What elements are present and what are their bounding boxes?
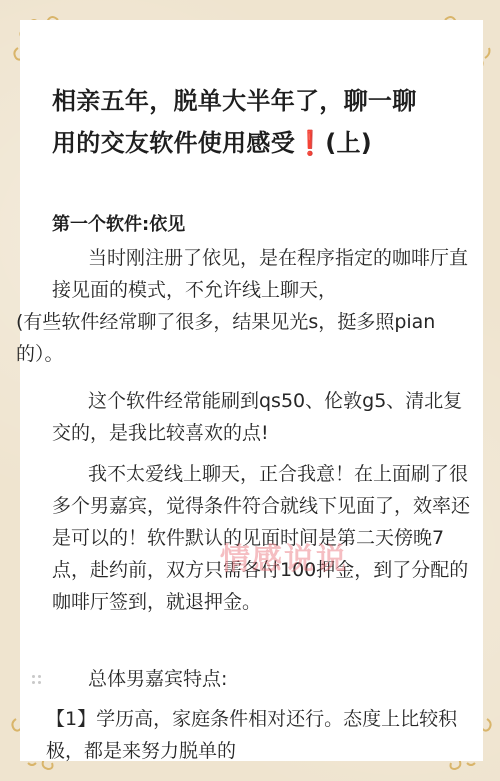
title-part-label: (上) <box>325 129 372 157</box>
section-heading: 第一个软件:依见 <box>52 210 185 236</box>
paragraph-1-aside: (有些软件经常聊了很多，结果见光s，挺多照pian的）。 <box>16 306 477 370</box>
paragraph-5: 【1】学历高，家庭条件相对还行。态度上比较积极，都是来努力脱单的 <box>46 703 471 767</box>
article-title: 相亲五年，脱单大半年了，聊一聊 用的交友软件使用感受❗(上) <box>52 80 472 164</box>
title-line-1: 相亲五年，脱单大半年了，聊一聊 <box>52 87 417 115</box>
paragraph-2: 这个软件经常能刷到qs50、伦敦g5、清北复交的，是我比较喜欢的点! <box>52 385 477 449</box>
drag-handle-icon[interactable] <box>32 675 42 685</box>
paragraph-3: 我不太爱线上聊天，正合我意！在上面刷了很多个男嘉宾，觉得条件符合就线下见面了，效… <box>52 458 477 618</box>
title-line-2: 用的交友软件使用感受 <box>52 129 295 157</box>
paragraph-1: 当时刚注册了依见，是在程序指定的咖啡厅直接见面的模式，不允许线上聊天， (有些软… <box>52 242 477 370</box>
article-card: 相亲五年，脱单大半年了，聊一聊 用的交友软件使用感受❗(上) 第一个软件:依见 … <box>20 20 483 761</box>
exclamation-icon: ❗ <box>295 129 325 157</box>
paragraph-1-text: 当时刚注册了依见，是在程序指定的咖啡厅直接见面的模式，不允许线上聊天， <box>52 247 468 301</box>
paragraph-4: 总体男嘉宾特点: <box>52 663 477 695</box>
